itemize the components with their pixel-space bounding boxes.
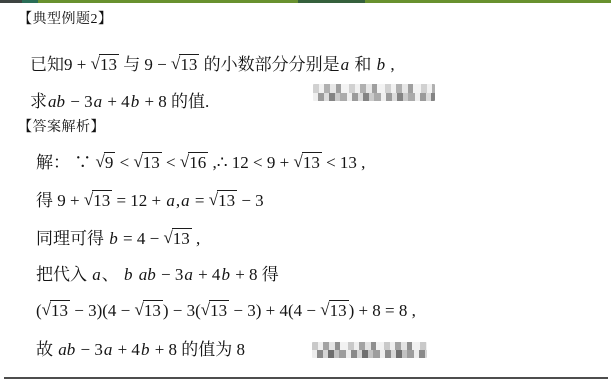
- sqrt-radical: √13: [293, 150, 321, 176]
- sqrt-radical: √13: [163, 226, 191, 252]
- watermark-row: [312, 350, 427, 358]
- top-border-segment: [38, 0, 298, 3]
- top-border-segment: [365, 0, 611, 3]
- top-border-strip: [0, 0, 611, 3]
- problem-line-2: 求ab − 3a + 4b + 8 的值.: [30, 89, 209, 115]
- watermark-row: [312, 342, 427, 350]
- problem-line-1: 已知9 + √13 与 9 − √13 的小数部分分别是a 和 b ,: [30, 52, 395, 78]
- sqrt-radical: √13: [84, 188, 112, 214]
- solution-line-3: 同理可得 b = 4 − √13 ,: [36, 226, 200, 252]
- top-border-segment: [298, 0, 365, 3]
- watermark-row: [313, 93, 435, 102]
- solution-line-2: 得 9 + √13 = 12 + a,a = √13 − 3: [36, 188, 264, 214]
- sqrt-radical: √13: [135, 298, 163, 324]
- sqrt-radical: √13: [91, 52, 119, 78]
- sqrt-radical: √13: [209, 188, 237, 214]
- sqrt-radical: √9: [96, 150, 116, 176]
- example-section-title: 【典型例题2】: [18, 8, 113, 28]
- sqrt-radical: √13: [320, 298, 348, 324]
- sqrt-radical: √13: [171, 52, 199, 78]
- sqrt-radical: √13: [201, 298, 229, 324]
- top-border-segment: [0, 0, 22, 3]
- solution-line-1: 解： ∵ √9 < √13 < √16 ,∴ 12 < 9 + √13 < 13…: [36, 150, 365, 176]
- sqrt-radical: √13: [133, 150, 161, 176]
- answer-section-title: 【答案解析】: [18, 116, 105, 136]
- sqrt-radical: √16: [180, 150, 208, 176]
- sqrt-radical: √13: [42, 298, 70, 324]
- watermark-row: [313, 84, 435, 93]
- top-border-segment: [22, 0, 38, 3]
- watermark-mosaic-top: [313, 84, 435, 101]
- solution-line-5: (√13 − 3)(4 − √13) − 3(√13 − 3) + 4(4 − …: [36, 298, 416, 324]
- watermark-mosaic-bottom: [312, 342, 427, 358]
- document-page: 【典型例题2】 已知9 + √13 与 9 − √13 的小数部分分别是a 和 …: [0, 0, 611, 384]
- bottom-rule: [4, 377, 608, 379]
- solution-line-6: 故 ab − 3a + 4b + 8 的值为 8: [36, 337, 245, 363]
- solution-line-4: 把代入 a、 b ab − 3a + 4b + 8 得: [36, 262, 279, 288]
